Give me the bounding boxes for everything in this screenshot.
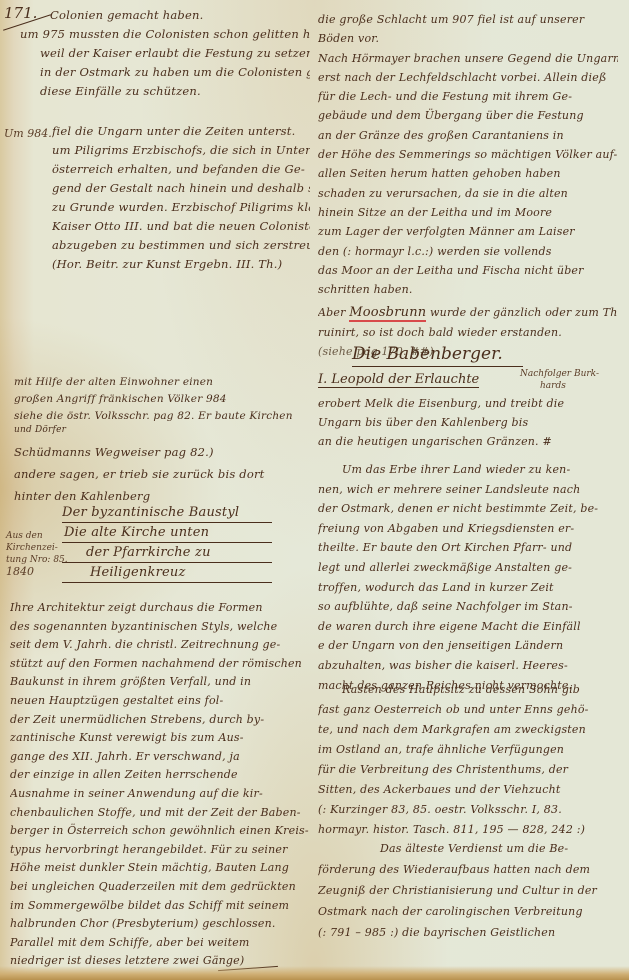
text-line: zum Lager der verfolgten Männer am Laise… [318, 222, 618, 241]
text-line: ruinirt, so ist doch bald wieder erstand… [318, 323, 618, 342]
margin-date-984: Um 984. [4, 128, 52, 140]
highlighted-word-moosbrunn: Moosbrunn [349, 305, 426, 322]
right-block-907: die große Schlacht um 907 fiel ist auf u… [318, 10, 618, 361]
text-line: legt und allerlei zweckmäßige Anstalten … [318, 558, 618, 578]
text-line: andere sagen, er trieb sie zurück bis do… [14, 463, 310, 485]
text-line: der Ostmark, denen er nicht bestimmte Ze… [318, 499, 618, 519]
text-line: hormayr. histor. Tasch. 811, 195 — 828, … [318, 820, 618, 840]
left-block-hilfe: mit Hilfe der alten Einwohner einen groß… [14, 374, 310, 507]
text-line: typus hervorbringt herangebildet. Für zu… [10, 841, 310, 860]
text-line: Sitten, des Ackerbaues und der Viehzucht [318, 780, 618, 800]
text-line: Das älteste Verdienst um die Be- [318, 838, 618, 859]
text-line: großen Angriff fränkischen Völker 984 [14, 391, 310, 408]
text-line: zantinische Kunst verewigt bis zum Aus- [10, 729, 310, 748]
heading-parish-church: der Pfarrkirche zu [62, 543, 272, 563]
text-line: halbrunden Chor (Presbyterium) geschloss… [10, 915, 310, 934]
text-line: gange des XII. Jahrh. Er verschwand, ja [10, 748, 310, 767]
text-line: siehe die östr. Volksschr. pag 82. Er ba… [14, 408, 310, 425]
text-line: gebäude und dem Übergang über die Festun… [318, 106, 618, 125]
text-line: 1840 [6, 566, 68, 578]
text-line: Colonien gemacht haben. [20, 6, 310, 25]
text-line: Kaiser Otto III. und bat die neuen Colon… [52, 217, 310, 236]
text-line: fiel die Ungarn unter die Zeiten unterst… [52, 122, 310, 141]
left-block-colonists: Colonien gemacht haben. um 975 mussten d… [20, 6, 310, 101]
right-block-settlement: Um das Erbe ihrer Land wieder zu ken- ne… [318, 460, 618, 695]
text-line: an die heutigen ungarischen Gränzen. # [318, 432, 618, 451]
text-line: abzugeben zu bestimmen und sich zerstreu… [52, 236, 310, 255]
text-line: schaden zu verursachen, da sie in die al… [318, 184, 618, 203]
text-line: erst nach der Lechfeldschlacht vorbei. A… [318, 68, 618, 87]
left-body-architecture: Ihre Architektur zeigt durchaus die Form… [10, 599, 310, 971]
successor-note: Nachfolger Burk- hards [520, 368, 599, 392]
text-line: Zeugniß der Christianisierung und Cultur… [318, 880, 618, 901]
text-line: der Zeit unermüdlichen Strebens, durch b… [10, 711, 310, 730]
text-line: mit Hilfe der alten Einwohner einen [14, 374, 310, 391]
text-line: theilte. Er baute den Ort Kirchen Pfarr-… [318, 538, 618, 558]
text-line: zu Grunde wurden. Erzbischof Piligrims k… [52, 198, 310, 217]
text-line: das Moor an der Leitha und Fischa nicht … [318, 261, 618, 280]
roman-numeral: I. [318, 372, 327, 387]
heading-heiligenkreuz: Heiligenkreuz [62, 563, 272, 583]
right-block-leopold: erobert Melk die Eisenburg, und treibt d… [318, 394, 618, 451]
text-line: bei ungleichen Quaderzeilen mit dem gedr… [10, 878, 310, 897]
text-line: Baukunst in ihrem größten Verfall, und i… [10, 673, 310, 692]
text-line: die große Schlacht um 907 fiel ist auf u… [318, 10, 618, 29]
text-line: Ungarn bis über den Kahlenberg bis [318, 413, 618, 432]
right-block-christianisation: Das älteste Verdienst um die Be- förderu… [318, 838, 618, 943]
text-line: der Höhe des Semmerings so mächtigen Völ… [318, 145, 618, 164]
text-line: de waren durch ihre eigene Macht die Ein… [318, 617, 618, 637]
text-line: der einzige in allen Zeiten herrschende [10, 766, 310, 785]
text-line: seit dem V. Jahrh. die christl. Zeitrech… [10, 636, 310, 655]
text-line: für die Lech- und die Festung mit ihrem … [318, 87, 618, 106]
text-line: den (: hormayr l.c.:) werden sie vollend… [318, 242, 618, 261]
text-line: Um das Erbe ihrer Land wieder zu ken- [318, 460, 618, 480]
text-line: stützt auf den Formen nachahmend der röm… [10, 655, 310, 674]
ruler-name: Leopold der Erlauchte [331, 372, 479, 387]
text-line: so aufblühte, daß seine Nachfolger im St… [318, 597, 618, 617]
text-line: freiung von Abgaben und Kriegsdiensten e… [318, 519, 618, 539]
text-line: Rasten des Hauptsitz zu dessen Sohn gib [318, 680, 618, 700]
subheading-leopold: I. Leopold der Erlauchte [318, 372, 479, 388]
heading-old-church: Die alte Kirche unten [62, 523, 272, 543]
right-block-sources: Rasten des Hauptsitz zu dessen Sohn gib … [318, 680, 618, 840]
text-line: Ostmark nach der carolingischen Verbreit… [318, 901, 618, 922]
text-line: Aus den [6, 530, 68, 542]
text-line: fast ganz Oesterreich ob und unter Enns … [318, 700, 618, 720]
text-line: Parallel mit dem Schiffe, aber bei weite… [10, 934, 310, 953]
text-line: troffen, wodurch das Land in kurzer Zeit [318, 578, 618, 598]
text-line: e der Ungarn von den jenseitigen Ländern [318, 636, 618, 656]
heading-byzantine-style: Der byzantinische Baustyl [62, 503, 272, 523]
text-line: neuen Hauptzügen gestaltet eins fol- [10, 692, 310, 711]
text-line: chenbaulichen Stoffe, und mit der Zeit d… [10, 804, 310, 823]
text-line: diese Einfälle zu schützen. [20, 82, 310, 101]
text-line: im Sommergewölbe bildet das Schiff mit s… [10, 897, 310, 916]
text-line: nen, wich er mehrere seiner Landsleute n… [318, 480, 618, 500]
margin-source-note: Aus den Kirchenzei- tung Nro: 85. 1840 [6, 530, 68, 578]
text-line: te, und nach dem Markgrafen am zweckigst… [318, 720, 618, 740]
text-line: Schüdmanns Wegweiser pag 82.) [14, 441, 310, 463]
text-line: berger in Österreich schon gewöhnlich ei… [10, 822, 310, 841]
text-line: hinein Sitze an der Leitha und im Moore [318, 203, 618, 222]
text-line: an der Gränze des großen Carantaniens in [318, 126, 618, 145]
text-line: um 975 mussten die Colonisten schon geli… [20, 25, 310, 44]
text-line: Kirchenzei- [6, 542, 68, 554]
text-line: im Ostland an, trafe ähnliche Verfügunge… [318, 740, 618, 760]
text-line: schritten haben. [318, 280, 618, 299]
text-line: für die Verbreitung des Christenthums, d… [318, 760, 618, 780]
text-line: Böden vor. [318, 29, 618, 48]
left-block-984: fiel die Ungarn unter die Zeiten unterst… [52, 122, 310, 274]
text-line: um Piligrims Erzbischofs, die sich in Un… [52, 141, 310, 160]
section-title-babenberger: Die Babenberger. [352, 344, 523, 367]
text-line: (: 791 – 985 :) die bayrischen Geistlich… [318, 922, 618, 943]
text-line: österreich erhalten, und befanden die Ge… [52, 160, 310, 179]
text-line: (Hor. Beitr. zur Kunst Ergebn. III. Th.) [52, 255, 310, 274]
text-line: Ausnahme in seiner Anwendung auf die kir… [10, 785, 310, 804]
text-line: allen Seiten herum hatten gehoben haben [318, 164, 618, 183]
text-line: (: Kurzinger 83, 85. oestr. Volksschr. I… [318, 800, 618, 820]
text-line: abzuhalten, was bisher die kaiserl. Heer… [318, 656, 618, 676]
moosbrunn-line: Aber Moosbrunn wurde der gänzlich oder z… [318, 303, 618, 322]
text-line: gend der Gestalt nach hinein und deshalb… [52, 179, 310, 198]
text-line: weil der Kaiser erlaubt die Festung zu s… [20, 44, 310, 63]
text-line: und Dörfer [14, 425, 310, 435]
text-line: förderung des Wiederaufbaus hatten nach … [318, 859, 618, 880]
text-span: Aber [318, 306, 349, 319]
text-line: hards [520, 380, 599, 392]
text-span: wurde der gänzlich oder zum Theil [426, 306, 618, 319]
page-edge-stain [0, 966, 629, 980]
text-line: Höhe meist dunkler Stein mächtig, Bauten… [10, 859, 310, 878]
text-line: Ihre Architektur zeigt durchaus die Form… [10, 599, 310, 618]
byzantine-headings: Der byzantinische Baustyl Die alte Kirch… [62, 503, 272, 583]
text-line: des sogenannten byzantinischen Styls, we… [10, 618, 310, 637]
text-line: Nach Hörmayer brachen unsere Gegend die … [318, 49, 618, 68]
text-line: erobert Melk die Eisenburg, und treibt d… [318, 394, 618, 413]
text-line: Nachfolger Burk- [520, 368, 599, 380]
text-line: in der Ostmark zu haben um die Coloniste… [20, 63, 310, 82]
